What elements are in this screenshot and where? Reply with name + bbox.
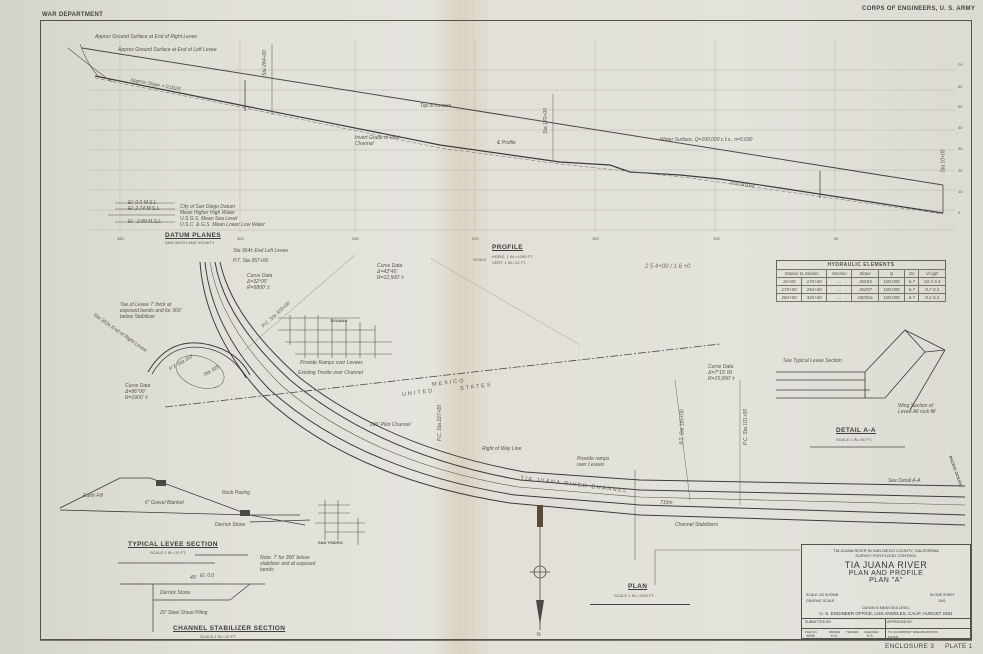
label-tijuana: TIJUANA: [330, 318, 347, 323]
profile-scale-label: SCALE: [473, 257, 486, 262]
tb-approved: APPROVED BY:: [887, 620, 913, 624]
cell: 10+00: [777, 278, 802, 286]
label-toe-levee: Toe of Levee 7' thick at exposed bends a…: [120, 302, 190, 320]
y-tick: 30: [958, 146, 962, 151]
label-pc-sta3: P.C. Sta 101+00: [743, 409, 749, 445]
cell: 170+00: [777, 286, 802, 294]
typical-levee-scale: SCALE 1 IN.=10 FT.: [150, 550, 186, 555]
x-tick: 350: [117, 236, 124, 241]
y-tick: 70: [958, 62, 962, 67]
detail-aa-title: DETAIL A-A: [836, 427, 876, 434]
col-header: Dc: [905, 270, 919, 278]
plan-scale: SCALE 1 IN.=1000 FT.: [614, 593, 655, 598]
label-channel-stabilizers: Channel Stabilizers: [675, 522, 718, 528]
tb-header2: SURVEY FOR FLOOD CONTROL: [802, 553, 970, 558]
label-water-surface: Water Surface, Q=100,000 c.f.s., n=0.030: [660, 137, 752, 143]
cell: 325+00: [802, 294, 827, 302]
y-tick: 10: [958, 189, 962, 194]
channel-stabilizer-title: CHANNEL STABILIZER SECTION: [173, 625, 285, 632]
label-sta-right: Sta 10+00: [940, 150, 946, 173]
col-header: Station: [785, 271, 799, 276]
curve-data-3: Curve DataΔ=96°00'R=1900' ±: [125, 383, 150, 401]
cell: 100,000: [878, 286, 905, 294]
hydraulic-elements-title: HYDRAULIC ELEMENTS: [776, 260, 946, 269]
datum-planes-subtitle: SAN DIEGO AND VICINITY: [165, 240, 215, 245]
tb-datum: DATUM IS MEAN SEA LEVEL: [802, 606, 970, 610]
profile-scale-vert: VERT. 1 IN.=12 FT.: [492, 260, 526, 265]
footer-enclosure: ENCLOSURE 3: [885, 643, 934, 650]
section-glyph: ⌴: [827, 278, 852, 286]
detail-aa-scale: SCALE 1 IN.=50 FT.: [836, 437, 872, 442]
label-right-of-way: Right of Way Line: [482, 446, 521, 452]
section-glyph: ⌴: [827, 286, 852, 294]
tb-title2: PLAN AND PROFILE: [802, 570, 970, 577]
label-pilot-channel: 200' Pilot Channel: [370, 422, 410, 428]
label-see-detail: See Detail A-A: [888, 478, 921, 484]
label-earth-fill: Earth Fill: [83, 493, 103, 499]
label-trestle: Existing Trestle over Channel: [298, 370, 363, 376]
label-ramps-1: Provide Ramps over Levees: [300, 360, 363, 366]
label-pt-sta3: P.T. Sta 185+00: [680, 409, 686, 444]
label-wing-section: Wing Section of Levee All rock fill: [898, 403, 943, 415]
label-stabilizer-dim: 40': [190, 575, 197, 581]
label-sta-left: Sta 284+00: [262, 50, 268, 76]
label-pt-sta: P.T. Sta 357+00: [233, 258, 268, 264]
label-stabilizer-elev: El. 0.0: [200, 573, 214, 579]
datum-elev: El. -2.89 M.S.L.: [128, 219, 162, 225]
cell: 9.2: [925, 295, 931, 300]
section-glyph: ⌴: [827, 294, 852, 302]
tb-checked: K.S.: [867, 634, 874, 638]
profile-title: PROFILE: [492, 244, 523, 251]
y-tick: 0: [958, 210, 960, 215]
cell: 100,000: [878, 278, 905, 286]
col-header: Q: [878, 270, 905, 278]
tb-dated: DATED:: [888, 635, 899, 639]
label-see-typical: See Typical Levee Section: [783, 358, 842, 364]
col-header: V/√gD: [919, 270, 946, 278]
label-centerline-profile: ℄ Profile: [497, 140, 516, 146]
cell: .00163: [852, 278, 879, 286]
label-ramps-2: Provide ramps over Levees: [577, 456, 617, 468]
cell: .00207: [852, 286, 879, 294]
label-sheet-piling: 20' Steel Sheet Piling: [160, 610, 207, 616]
tb-drawn: H.G.: [831, 634, 838, 638]
curve-data-2: Curve DataΔ=43°45'R=12,500' ±: [377, 263, 404, 281]
profile-scale-horiz: HORIZ. 1 IN.=1000 FT.: [492, 254, 533, 259]
datum-desc: U.S.C. & G.S. Mean Lower Low Water: [180, 222, 265, 228]
typical-levee-title: TYPICAL LEVEE SECTION: [128, 541, 218, 548]
cell: 10.3: [924, 279, 933, 284]
cell: 6.7: [905, 294, 919, 302]
cell: 0.3: [933, 287, 939, 292]
cell: 6.7: [905, 286, 919, 294]
label-derrick-stone: Derrick Stone: [215, 522, 245, 528]
col-header: Section: [827, 270, 852, 278]
label-ground-left: Approx Ground Surface at End of Left Lev…: [118, 47, 217, 53]
curve-data-1: Curve DataΔ=32°00'R=5800' ±: [247, 273, 272, 291]
col-header: Slope: [852, 270, 879, 278]
x-tick: 50: [834, 236, 838, 241]
tb-year: 1941: [938, 599, 946, 603]
datum-planes-title: DATUM PLANES: [165, 232, 221, 239]
cell: 9.7: [925, 287, 931, 292]
x-tick: 300: [237, 236, 244, 241]
label-end-left-levee: Sta 364± End Left Levee: [233, 248, 288, 254]
table-row: 284+00 325+00 ⌴ .00250± 100,000 6.7 9.2 …: [777, 294, 946, 302]
label-rock-paving: Rock Paving: [222, 490, 250, 496]
table-row: 170+00 284+00 ⌴ .00207 100,000 6.7 9.7 0…: [777, 286, 946, 294]
cell: 284+00: [777, 294, 802, 302]
x-tick: 200: [472, 236, 479, 241]
plan-scale-bar: [590, 604, 690, 607]
table-row: 10+00 170+00 ⌴ .00163 100,000 6.7 10.3 9…: [777, 278, 946, 286]
x-tick: 100: [713, 236, 720, 241]
datum-elev: El. 2.74 M.S.L.: [128, 206, 161, 212]
label-ground-right: Approx Ground Surface at End of Right Le…: [95, 34, 197, 40]
tb-title3: PLAN "A": [802, 577, 970, 584]
y-tick: 20: [958, 168, 962, 173]
title-block: TIA JUANA RIVER IN SAN DIEGO COUNTY, CAL…: [801, 544, 971, 639]
tb-accompany: TO ACCOMPANY SPECIFICATIONS: [888, 630, 937, 634]
cell: 0.3: [933, 295, 939, 300]
y-tick: 50: [958, 104, 962, 109]
channel-stabilizer-scale: SCALE 1 IN.=10 FT.: [200, 634, 236, 639]
col-header: to Station: [800, 271, 819, 276]
label-gravel-blanket: 6" Gravel Blanket: [145, 500, 184, 506]
curve-data-4: Curve DataΔ=7°15' RtR=15,000' ±: [708, 364, 735, 382]
cell: 100,000: [878, 294, 905, 302]
tb-title1: TIA JUANA RIVER: [802, 560, 970, 570]
cell: 6.7: [905, 278, 919, 286]
tb-file-no: 40/55: [806, 634, 815, 638]
x-tick: 150: [592, 236, 599, 241]
tb-sheet: IN ONE SHEET: [930, 593, 955, 597]
handwritten-note: 2 5 4+00 / 1 6 +0: [645, 264, 690, 270]
tb-office: U. S. ENGINEER OFFICE, LOS ANGELES, CALI…: [802, 611, 970, 616]
label-san-ysidro: SAN YSIDRO: [318, 540, 343, 545]
cell: .00250±: [852, 294, 879, 302]
tb-traced-label: TRACED: [846, 630, 858, 634]
footer-plate: PLATE 1: [945, 643, 973, 650]
label-width: 710m: [660, 500, 673, 506]
tb-submitted: SUBMITTED BY:: [805, 620, 832, 624]
label-pc-sta2: P.C. Sta 227+00: [437, 405, 443, 441]
y-tick: 40: [958, 125, 962, 130]
cell: 170+00: [802, 278, 827, 286]
north-label: N: [537, 632, 541, 638]
label-sta-mid: Sta 170+00: [543, 108, 549, 134]
x-tick: 250: [352, 236, 359, 241]
plan-title: PLAN: [628, 583, 647, 590]
tb-graphic: GRAPHIC SCALE: [806, 599, 834, 603]
label-levee-note: Note: 7' for 300' below stabilizer and a…: [260, 555, 320, 573]
cell: 9.4: [934, 279, 940, 284]
cell: 284+00: [802, 286, 827, 294]
label-stabilizer-derrick: Derrick Stone: [160, 590, 190, 596]
y-tick: 60: [958, 84, 962, 89]
hydraulic-elements-table: HYDRAULIC ELEMENTS Station to Station Se…: [776, 260, 946, 302]
tb-scale: SCALE: AS SHOWN: [806, 593, 838, 597]
label-top-of-levees: Top of Levees: [420, 103, 451, 109]
label-invert-grade: Invert Grade of Pilot Channel: [355, 135, 400, 147]
